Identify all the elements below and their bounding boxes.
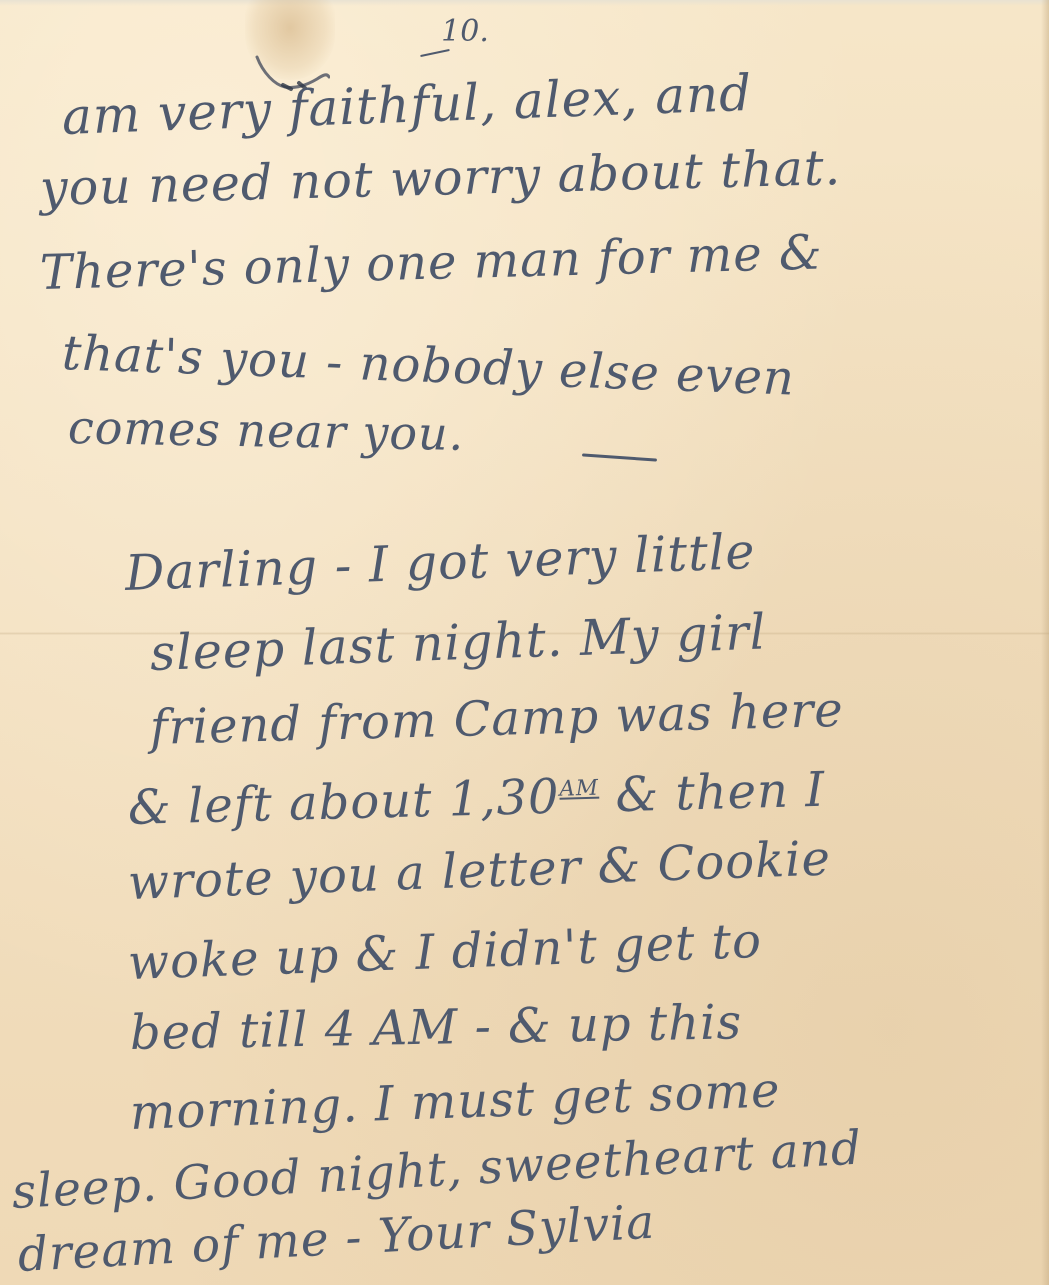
letter-line-text: & then I [615, 762, 826, 823]
time-suffix: AM [559, 776, 599, 802]
letter-line: & left about 1,30AM & then I [127, 762, 826, 836]
letter-line: sleep last night. My girl [149, 603, 767, 681]
letter-line: There's only one man for me & [39, 225, 823, 301]
page-number-underline [420, 49, 450, 57]
letter-line: bed till 4 AM - & up this [130, 994, 743, 1061]
page-number: 10. [435, 14, 495, 49]
letter-line: friend from Camp was here [149, 682, 844, 756]
letter-line: that's you - nobody else even [61, 325, 796, 407]
paper-top-edge [0, 0, 1049, 6]
letter-line: Darling - I got very little [124, 523, 756, 602]
letter-line-text: & left about 1,30 [127, 769, 560, 836]
letter-page: 10. am very faithful, alex, and you need… [0, 0, 1049, 1285]
letter-line: am very faithful, alex, and [61, 64, 753, 146]
letter-line: woke up & I didn't get to [127, 913, 763, 991]
paper-right-edge [1041, 0, 1049, 1285]
letter-line: you need not worry about that. [39, 139, 842, 217]
underline-flourish [582, 453, 657, 461]
letter-line: wrote you a letter & Cookie [127, 830, 832, 911]
letter-line: comes near you. [68, 400, 465, 461]
